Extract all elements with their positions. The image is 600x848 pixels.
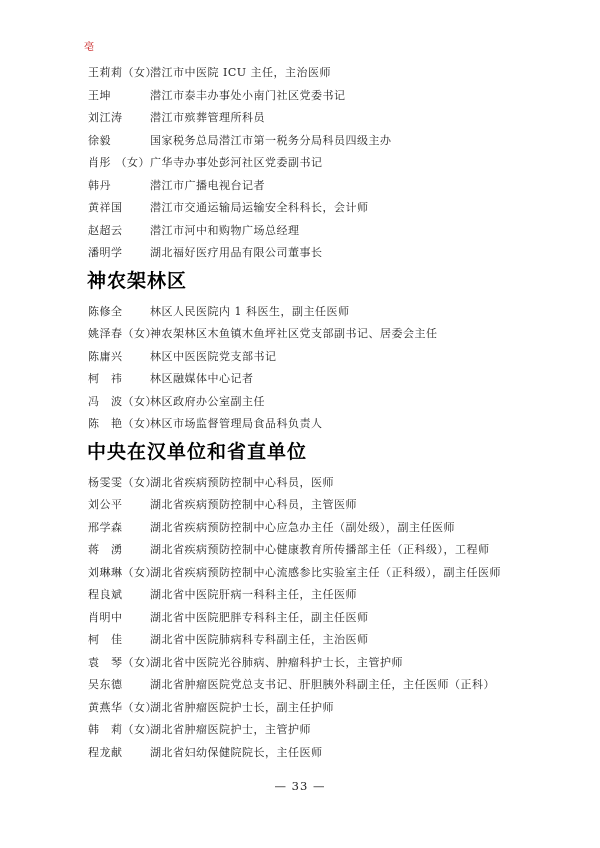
name-cell: 程龙献 [88, 746, 150, 759]
person-title: 潜江市河中和购物广场总经理 [150, 224, 528, 237]
entry-row: 刘江涛潜江市殡葬管理所科员 [88, 111, 528, 124]
person-title: 广华寺办事处彭河社区党委副书记 [150, 156, 528, 169]
entry-row: 杨雯雯（女）湖北省疾病预防控制中心科员，医师 [88, 476, 528, 489]
entry-row: 王莉莉（女）潜江市中医院 ICU 主任，主治医师 [88, 66, 528, 79]
person-title: 湖北省妇幼保健院院长，主任医师 [150, 746, 528, 759]
entry-row: 吴东德湖北省肿瘤医院党总支书记、肝胆胰外科副主任，主任医师（正科） [88, 678, 528, 691]
person-name: 柯 佳 [88, 633, 123, 646]
entry-row: 陈庸兴林区中医医院党支部书记 [88, 350, 528, 363]
person-name: 刘江涛 [88, 111, 123, 124]
entry-row: 韩 莉（女）湖北省肿瘤医院护士，主管护师 [88, 723, 528, 736]
name-cell: 柯 祎 [88, 372, 150, 385]
red-corner-annotation: 亳 [84, 38, 94, 53]
name-cell: 王坤 [88, 89, 150, 102]
name-cell: 陈庸兴 [88, 350, 150, 363]
page-number: — 33 — [0, 779, 600, 793]
entry-row: 王坤潜江市泰丰办事处小南门社区党委书记 [88, 89, 528, 102]
name-cell: 黄祥国 [88, 201, 150, 214]
entry-row: 潘明学湖北福好医疗用品有限公司董事长 [88, 246, 528, 259]
entry-row: 袁 琴（女）湖北省中医院光谷肺病、肿瘤科护士长，主管护师 [88, 656, 528, 669]
person-title: 湖北省疾病预防控制中心应急办主任（副处级），副主任医师 [150, 521, 528, 534]
name-cell: 刘公平 [88, 498, 150, 511]
person-name: 邢学森 [88, 521, 123, 534]
name-cell: 邢学森 [88, 521, 150, 534]
name-cell: 韩丹 [88, 179, 150, 192]
entry-row: 刘琳琳（女）湖北省疾病预防控制中心流感参比实验室主任（正科级），副主任医师 [88, 566, 528, 579]
name-cell: 潘明学 [88, 246, 150, 259]
person-title: 湖北省肿瘤医院护士，主管护师 [150, 723, 528, 736]
person-title: 湖北省肿瘤医院党总支书记、肝胆胰外科副主任，主任医师（正科） [150, 678, 528, 691]
name-cell: 肖彤（女） [88, 156, 150, 169]
person-title: 潜江市广播电视台记者 [150, 179, 528, 192]
person-name: 肖彤 [88, 156, 111, 169]
person-title: 湖北省肿瘤医院护士长，副主任护师 [150, 701, 528, 714]
person-title: 湖北省中医院光谷肺病、肿瘤科护士长，主管护师 [150, 656, 528, 669]
person-title: 林区市场监督管理局食品科负责人 [150, 417, 528, 430]
gender-marker: （女） [116, 156, 151, 169]
person-name: 王莉莉 [88, 66, 123, 79]
person-title: 林区人民医院内 1 科医生，副主任医师 [150, 305, 528, 318]
entry-row: 柯 祎林区融媒体中心记者 [88, 372, 528, 385]
person-title: 湖北福好医疗用品有限公司董事长 [150, 246, 528, 259]
person-title: 湖北省疾病预防控制中心科员，医师 [150, 476, 528, 489]
person-name: 刘公平 [88, 498, 123, 511]
name-cell: 姚泽春（女） [88, 327, 150, 340]
document-page: 亳 王莉莉（女）潜江市中医院 ICU 主任，主治医师王坤潜江市泰丰办事处小南门社… [0, 0, 600, 848]
name-cell: 蒋 湧 [88, 543, 150, 556]
person-title: 潜江市殡葬管理所科员 [150, 111, 528, 124]
person-name: 韩 莉 [88, 723, 123, 736]
name-cell: 吴东德 [88, 678, 150, 691]
person-title: 湖北省中医院肥胖专科科主任，副主任医师 [150, 611, 528, 624]
person-title: 湖北省疾病预防控制中心科员，主管医师 [150, 498, 528, 511]
entry-row: 肖明中湖北省中医院肥胖专科科主任，副主任医师 [88, 611, 528, 624]
person-title: 潜江市中医院 ICU 主任，主治医师 [150, 66, 528, 79]
person-name: 潘明学 [88, 246, 123, 259]
person-name: 刘琳琳 [88, 566, 123, 579]
name-cell: 程良斌 [88, 588, 150, 601]
entry-row: 邢学森湖北省疾病预防控制中心应急办主任（副处级），副主任医师 [88, 521, 528, 534]
name-cell: 黄燕华（女） [88, 701, 150, 714]
person-title: 潜江市交通运输局运输安全科科长，会计师 [150, 201, 528, 214]
person-name: 杨雯雯 [88, 476, 123, 489]
name-cell: 肖明中 [88, 611, 150, 624]
name-cell: 刘琳琳（女） [88, 566, 150, 579]
entry-row: 赵超云潜江市河中和购物广场总经理 [88, 224, 528, 237]
person-name: 程龙献 [88, 746, 123, 759]
person-name: 黄祥国 [88, 201, 123, 214]
person-name: 程良斌 [88, 588, 123, 601]
entry-row: 刘公平湖北省疾病预防控制中心科员，主管医师 [88, 498, 528, 511]
person-name: 肖明中 [88, 611, 123, 624]
section-header: 中央在汉单位和省直单位 [87, 440, 528, 464]
name-cell: 冯 波（女） [88, 395, 150, 408]
entry-row: 程龙献湖北省妇幼保健院院长，主任医师 [88, 746, 528, 759]
entry-row: 黄祥国潜江市交通运输局运输安全科科长，会计师 [88, 201, 528, 214]
person-name: 陈庸兴 [88, 350, 123, 363]
person-title: 林区融媒体中心记者 [150, 372, 528, 385]
person-title: 林区政府办公室副主任 [150, 395, 528, 408]
entry-row: 柯 佳湖北省中医院肺病科专科副主任，主治医师 [88, 633, 528, 646]
person-name: 蒋 湧 [88, 543, 123, 556]
person-name: 王坤 [88, 89, 111, 102]
entry-row: 冯 波（女）林区政府办公室副主任 [88, 395, 528, 408]
person-name: 吴东德 [88, 678, 123, 691]
name-cell: 王莉莉（女） [88, 66, 150, 79]
person-title: 潜江市泰丰办事处小南门社区党委书记 [150, 89, 528, 102]
name-cell: 柯 佳 [88, 633, 150, 646]
entry-row: 黄燕华（女）湖北省肿瘤医院护士长，副主任护师 [88, 701, 528, 714]
person-name: 袁 琴 [88, 656, 123, 669]
entry-row: 程良斌湖北省中医院肝病一科科主任，主任医师 [88, 588, 528, 601]
entry-row: 肖彤（女）广华寺办事处彭河社区党委副书记 [88, 156, 528, 169]
name-cell: 袁 琴（女） [88, 656, 150, 669]
name-cell: 陈修全 [88, 305, 150, 318]
section-header: 神农架林区 [87, 269, 528, 293]
person-name: 柯 祎 [88, 372, 123, 385]
entry-row: 陈 艳（女）林区市场监督管理局食品科负责人 [88, 417, 528, 430]
person-name: 赵超云 [88, 224, 123, 237]
name-cell: 赵超云 [88, 224, 150, 237]
entry-row: 韩丹潜江市广播电视台记者 [88, 179, 528, 192]
name-cell: 陈 艳（女） [88, 417, 150, 430]
person-title: 湖北省中医院肺病科专科副主任，主治医师 [150, 633, 528, 646]
person-name: 姚泽春 [88, 327, 123, 340]
person-name: 陈 艳 [88, 417, 123, 430]
person-name: 韩丹 [88, 179, 111, 192]
entry-row: 徐毅国家税务总局潜江市第一税务分局科员四级主办 [88, 134, 528, 147]
person-name: 黄燕华 [88, 701, 123, 714]
person-title: 神农架林区木鱼镇木鱼坪社区党支部副书记、居委会主任 [150, 327, 528, 340]
person-title: 林区中医医院党支部书记 [150, 350, 528, 363]
name-cell: 刘江涛 [88, 111, 150, 124]
document-body: 王莉莉（女）潜江市中医院 ICU 主任，主治医师王坤潜江市泰丰办事处小南门社区党… [88, 66, 528, 768]
name-cell: 韩 莉（女） [88, 723, 150, 736]
entry-row: 陈修全林区人民医院内 1 科医生，副主任医师 [88, 305, 528, 318]
name-cell: 徐毅 [88, 134, 150, 147]
person-title: 湖北省疾病预防控制中心健康教育所传播部主任（正科级），工程师 [150, 543, 528, 556]
person-name: 冯 波 [88, 395, 123, 408]
entry-row: 蒋 湧湖北省疾病预防控制中心健康教育所传播部主任（正科级），工程师 [88, 543, 528, 556]
person-title: 湖北省中医院肝病一科科主任，主任医师 [150, 588, 528, 601]
person-title: 湖北省疾病预防控制中心流感参比实验室主任（正科级），副主任医师 [150, 566, 528, 579]
person-title: 国家税务总局潜江市第一税务分局科员四级主办 [150, 134, 528, 147]
person-name: 徐毅 [88, 134, 111, 147]
entry-row: 姚泽春（女）神农架林区木鱼镇木鱼坪社区党支部副书记、居委会主任 [88, 327, 528, 340]
person-name: 陈修全 [88, 305, 123, 318]
name-cell: 杨雯雯（女） [88, 476, 150, 489]
